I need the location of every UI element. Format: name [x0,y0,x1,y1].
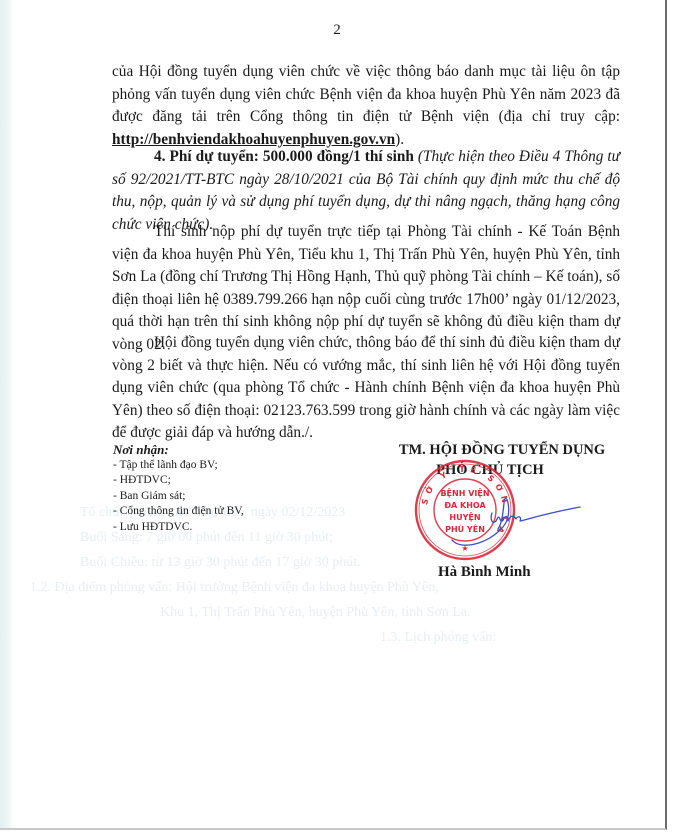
paragraph-announcement: của Hội đồng tuyển dụng viên chức về việ… [112,61,620,151]
recipient-item: - Cổng thông tin điện tử BV, [113,504,244,520]
signer-name: Hà Bình Minh [438,564,531,581]
scan-edge [0,0,14,828]
page-number: 2 [0,22,667,39]
recipient-item: - HĐTDVC; [113,473,244,489]
bleed-through-line: 1.3. Lịch phỏng vấn: [380,625,667,650]
document-page: Tổ chức phỏng vấn: Thứ Bảy, ngày 02/12/2… [0,0,667,830]
recipient-item: - Lưu HĐTDVC. [113,520,244,536]
signer-organization: TM. HỘI ĐỒNG TUYỂN DỤNG [370,440,630,460]
paragraph-contact: Hội đồng tuyển dụng viên chức, thông báo… [112,332,620,445]
fee-heading: 4. Phí dự tuyển: 500.000 đồng/1 thí sinh [154,148,414,165]
recipients-block: Nơi nhận: - Tập thể lãnh đạo BV; - HĐTDV… [113,442,244,535]
recipient-item: - Tập thể lãnh đạo BV; [113,458,244,474]
recipients-title: Nơi nhận: [113,442,244,458]
paragraph-text: của Hội đồng tuyển dụng viên chức về việ… [112,63,620,125]
handwritten-signature-icon [430,485,600,555]
bleed-through-line: Khu 1, Thị Trấn Phù Yên, huyện Phù Yên, … [160,600,667,625]
recipient-item: - Ban Giám sát; [113,489,244,505]
